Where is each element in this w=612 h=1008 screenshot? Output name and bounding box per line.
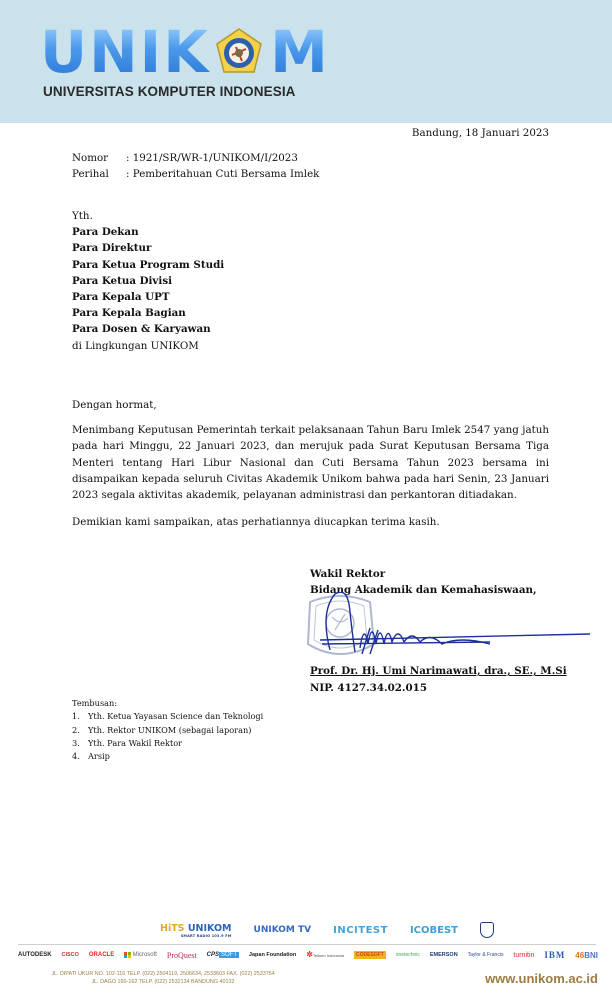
- cc-item: 3. Yth. Para Wakil Rektor: [72, 737, 263, 750]
- cc-number: 3.: [72, 737, 88, 750]
- handwritten-signature-icon: [320, 592, 590, 654]
- bni-mark: 46: [575, 951, 584, 960]
- hits-logo-sub: SMART RADIO 103.9 FM: [160, 934, 232, 938]
- cisco-logo: CISCO: [62, 952, 79, 958]
- recipient-item: Para Ketua Divisi: [72, 273, 224, 289]
- microsoft-logo: Microsoft: [124, 952, 157, 959]
- telkom-logo-text: Telkom Indonesia: [313, 953, 344, 958]
- closing-sentence: Demikian kami sampaikan, atas perhatiann…: [72, 514, 440, 530]
- cc-text: Arsip: [88, 750, 110, 763]
- address-line-1: JL. DIPATI UKUR NO. 102-116 TELP. (022) …: [18, 970, 308, 978]
- address-line-2: JL. DAGO 160-162 TELP. (022) 2532134 BAN…: [18, 978, 308, 986]
- meta-label: Nomor: [72, 150, 126, 166]
- cc-item: 4. Arsip: [72, 750, 263, 763]
- ibm-logo: IBM: [544, 950, 565, 960]
- japan-foundation-logo: Japan Foundation: [249, 952, 296, 958]
- emblem-icon: [480, 922, 494, 938]
- website-url: www.unikom.ac.id: [485, 971, 598, 986]
- cc-heading: Tembusan:: [72, 697, 263, 710]
- recipient-item: Para Dosen & Karyawan: [72, 321, 224, 337]
- cc-item: 1. Yth. Ketua Yayasan Science dan Teknol…: [72, 710, 263, 723]
- emerson-logo: EMERSON: [430, 952, 458, 958]
- recipient-greeting: Yth.: [72, 208, 224, 224]
- recipient-item: Para Dekan: [72, 224, 224, 240]
- footer-divider: [18, 944, 596, 945]
- hits-unikom-logo: HiTS UNIKOM SMART RADIO 103.9 FM: [160, 923, 232, 938]
- unikom-tv-logo: UNIKOM TV: [254, 925, 312, 935]
- cc-number: 2.: [72, 724, 88, 737]
- turnitin-logo: turnitin: [513, 952, 534, 959]
- hits-logo-text: UNIKOM: [185, 923, 232, 934]
- meta-value: : Pemberitahuan Cuti Bersama Imlek: [126, 166, 319, 182]
- meta-row-number: Nomor : 1921/SR/WR-1/UNIKOM/I/2023: [72, 150, 319, 166]
- signer-name: Prof. Dr. Hj. Umi Narimawati, dra., SE.,…: [310, 663, 567, 679]
- footer-address: JL. DIPATI UKUR NO. 102-116 TELP. (022) …: [18, 970, 308, 986]
- onetechnic-logo: onetechnic: [396, 952, 420, 958]
- place-date: Bandung, 18 Januari 2023: [412, 125, 549, 141]
- recipient-item: Para Kepala Bagian: [72, 305, 224, 321]
- telkom-logo: ✲Telkom Indonesia: [306, 953, 344, 958]
- logo-text-left: UNIK: [40, 22, 210, 82]
- meta-row-subject: Perihal : Pemberitahuan Cuti Bersama Iml…: [72, 166, 319, 182]
- university-name: UNIVERSITAS KOMPUTER INDONESIA: [43, 84, 296, 99]
- logo-text-right: M: [270, 22, 330, 82]
- meta-label: Perihal: [72, 166, 126, 182]
- cps-logo-tag: SOFT: [219, 952, 239, 958]
- letterhead: UNIK M UNIVERSITAS KOMPUTER INDONESIA: [0, 0, 612, 123]
- autodesk-logo: AUTODESK: [18, 952, 52, 958]
- recipient-item: Para Kepala UPT: [72, 289, 224, 305]
- recipients-block: Yth. Para Dekan Para Direktur Para Ketua…: [72, 208, 224, 354]
- microsoft-logo-text: Microsoft: [133, 952, 157, 958]
- incitest-logo: INCITEST: [333, 925, 388, 936]
- body-paragraph: Menimbang Keputusan Pemerintah terkait p…: [72, 422, 549, 503]
- cps-logo: CPSSOFT: [207, 952, 239, 958]
- cc-number: 1.: [72, 710, 88, 723]
- unikom-seal-icon: [214, 27, 264, 77]
- unikom-logo: UNIK M: [40, 22, 330, 82]
- bni-logo: 46BNI: [575, 951, 598, 960]
- cc-list: Tembusan: 1. Yth. Ketua Yayasan Science …: [72, 697, 263, 763]
- letter-meta: Nomor : 1921/SR/WR-1/UNIKOM/I/2023 Perih…: [72, 150, 319, 182]
- recipient-item: Para Direktur: [72, 240, 224, 256]
- recipient-item: Para Ketua Program Studi: [72, 257, 224, 273]
- proquest-logo: ProQuest: [167, 951, 197, 960]
- oracle-logo: ORACLE: [89, 952, 114, 958]
- partner-logos: AUTODESK CISCO ORACLE Microsoft ProQuest…: [18, 950, 598, 960]
- cc-text: Yth. Rektor UNIKOM (sebagai laporan): [88, 724, 251, 737]
- hits-logo-mark: HiTS: [160, 923, 185, 934]
- telkom-icon: ✲: [306, 950, 313, 959]
- signer-nip: NIP. 4127.34.02.015: [310, 680, 427, 696]
- recipient-location: di Lingkungan UNIKOM: [72, 338, 224, 354]
- codesoft-logo: CODESOFT: [354, 951, 386, 959]
- meta-value: : 1921/SR/WR-1/UNIKOM/I/2023: [126, 150, 298, 166]
- signature-stamp: [300, 592, 600, 664]
- signatory-title-line1: Wakil Rektor: [310, 566, 537, 582]
- cc-text: Yth. Ketua Yayasan Science dan Teknologi: [88, 710, 263, 723]
- cc-number: 4.: [72, 750, 88, 763]
- icobest-logo: ICOBEST: [410, 925, 458, 936]
- cc-item: 2. Yth. Rektor UNIKOM (sebagai laporan): [72, 724, 263, 737]
- unit-logos: HiTS UNIKOM SMART RADIO 103.9 FM UNIKOM …: [160, 922, 494, 938]
- salutation: Dengan hormat,: [72, 397, 157, 413]
- taylor-francis-logo: Taylor & Francis: [468, 952, 504, 958]
- cc-text: Yth. Para Wakil Rektor: [88, 737, 182, 750]
- bni-logo-text: BNI: [584, 951, 598, 960]
- cps-logo-text: CPS: [207, 952, 219, 958]
- microsoft-icon: [124, 952, 131, 959]
